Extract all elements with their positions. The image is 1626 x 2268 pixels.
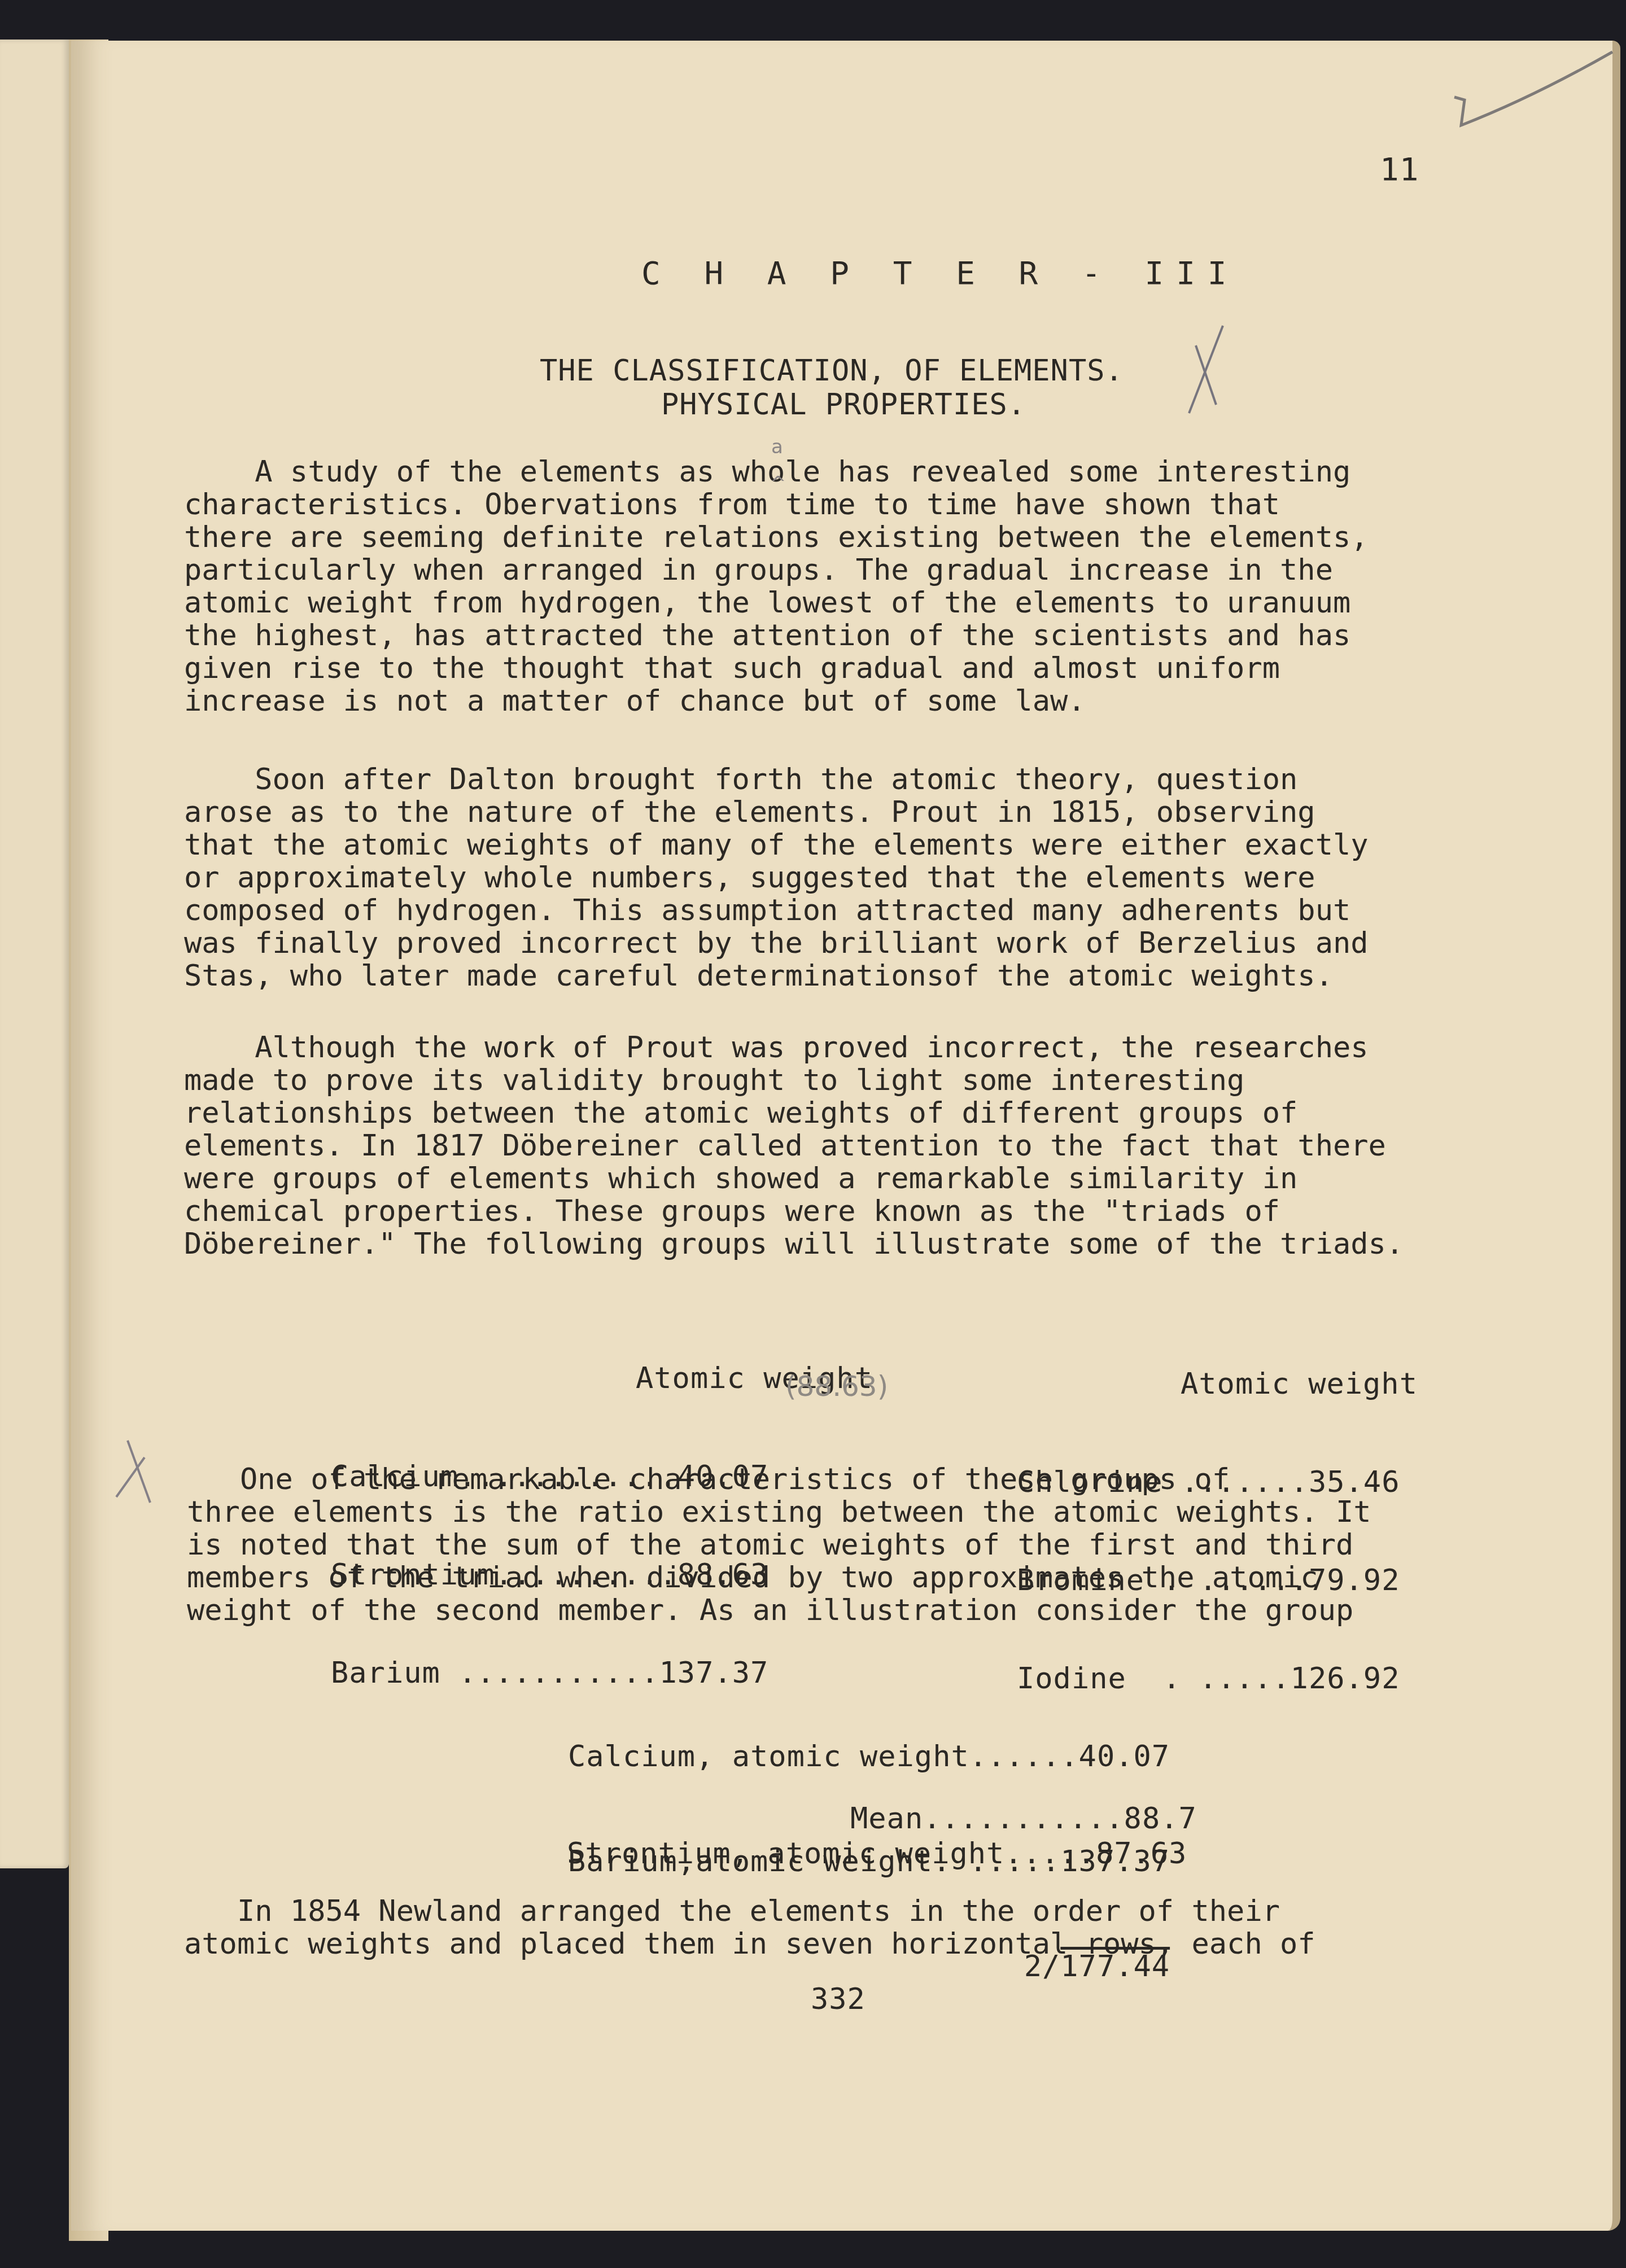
chapter-title-line2: PHYSICAL PROPERTIES. [661,388,1026,422]
text-line: particularly when arranged in groups. Th… [184,554,1369,586]
text-line: atomic weights and placed them in seven … [184,1928,1315,1960]
paragraph-4: One of the remarkable characteristics of… [187,1463,1371,1627]
pencil-x-mark-icon [1166,323,1245,419]
page-number: 11 [1380,151,1419,188]
text-line: Soon after Dalton brought forth the atom… [184,763,1369,796]
text-line: were groups of elements which showed a r… [184,1162,1404,1195]
pencil-annotation: (88.63) [785,1370,888,1403]
calc-calcium: Calcium, atomic weight......40.07 [568,1739,1170,1774]
text-line: made to prove its validity brought to li… [184,1064,1404,1097]
pencil-insert-letter: a [771,436,783,458]
text-line: or approximately whole numbers, suggeste… [184,861,1369,894]
pencil-check-mark-icon [1449,46,1624,165]
text-line: arose as to the nature of the elements. … [184,796,1369,829]
text-line: One of the remarkable characteristics of… [187,1463,1371,1496]
paragraph-5: In 1854 Newland arranged the elements in… [184,1895,1315,1960]
text-line: Döbereiner." The following groups will i… [184,1228,1404,1260]
paragraph-3: Although the work of Prout was proved in… [184,1031,1404,1260]
document-page: 11 C H A P T E R - III THE CLASSIFICATIO… [71,41,1620,2231]
chapter-heading: C H A P T E R - III [641,255,1239,292]
text-line: In 1854 Newland arranged the elements in… [184,1895,1315,1928]
footer-page-number: 332 [811,1982,866,2016]
text-line: composed of hydrogen. This assumption at… [184,894,1369,927]
chapter-title-line1: THE CLASSIFICATION, OF ELEMENTS. [540,354,1124,388]
facing-page-edge [0,40,69,1868]
text-line: atomic weight from hydrogen, the lowest … [184,586,1369,619]
text-line: there are seeming definite relations exi… [184,521,1369,554]
text-line: given rise to the thought that such grad… [184,652,1369,685]
text-line: is noted that the sum of the atomic weig… [187,1529,1371,1561]
text-line: relationships between the atomic weights… [184,1097,1404,1129]
column-header: Atomic weight [1017,1368,1418,1400]
calc-strontium: Strontium, atomic weight.....87.63 [567,1837,1187,1871]
pencil-x-margin-icon [105,1435,173,1514]
text-line: chemical properties. These groups were k… [184,1195,1404,1228]
pencil-caret-icon: ^ [770,472,786,495]
text-line: that the atomic weights of many of the e… [184,829,1369,861]
text-line: elements. In 1817 Döbereiner called atte… [184,1129,1404,1162]
text-line: weight of the second member. As an illus… [187,1594,1371,1627]
text-line: was finally proved incorrect by the bril… [184,927,1369,960]
text-line: Although the work of Prout was proved in… [184,1031,1404,1064]
calc-mean: Mean...........88.7 [850,1802,1197,1836]
text-line: increase is not a matter of chance but o… [184,685,1369,717]
text-line: members of the triad when divided by two… [187,1561,1371,1594]
paragraph-2: Soon after Dalton brought forth the atom… [184,763,1369,992]
text-line: Stas, who later made careful determinati… [184,960,1369,992]
text-line: three elements is the ratio existing bet… [187,1496,1371,1529]
text-line: the highest, has attracted the attention… [184,619,1369,652]
